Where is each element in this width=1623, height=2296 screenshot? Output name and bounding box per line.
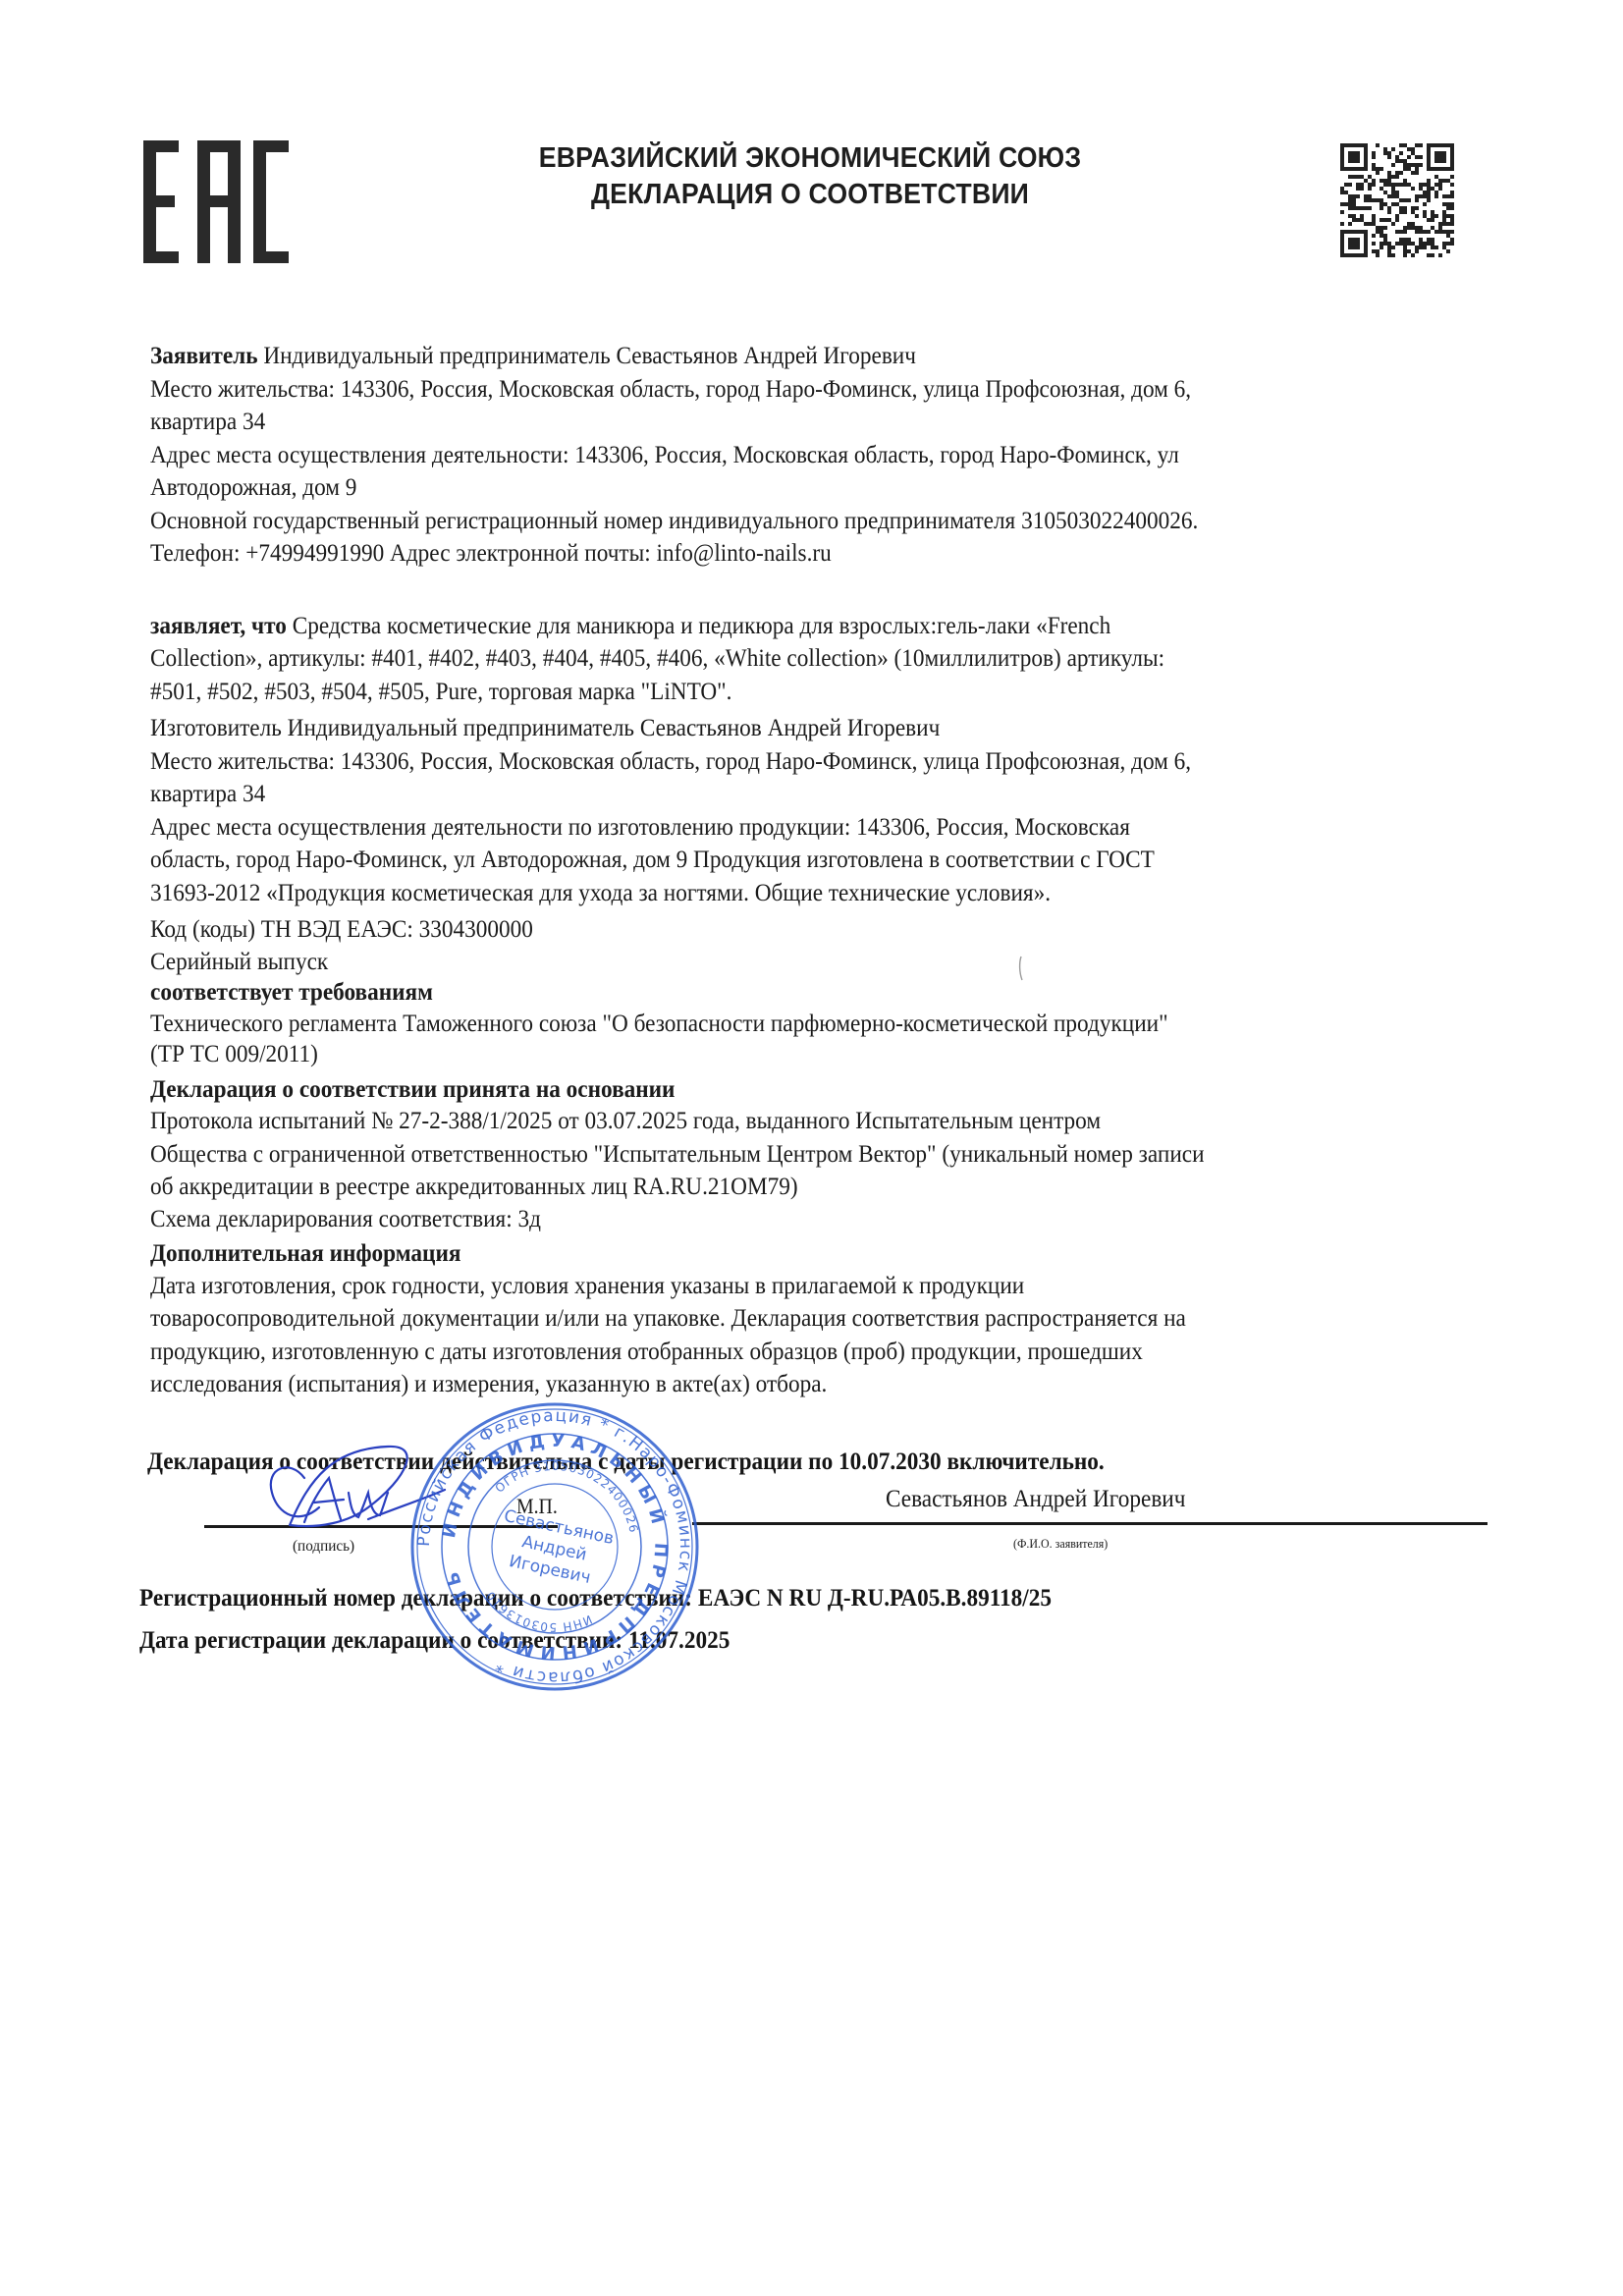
stamp-place-label: М.П.: [516, 1494, 558, 1519]
signer-name: Севастьянов Андрей Игоревич: [886, 1486, 1185, 1513]
svg-text:Андрей: Андрей: [520, 1532, 588, 1564]
product-trademark: #501, #502, #503, #504, #505, Pure, торг…: [150, 676, 1410, 709]
additional-heading: Дополнительная информация: [150, 1238, 1410, 1270]
release-type: Серийный выпуск: [150, 947, 1410, 978]
additional-line-2: товаросопроводительной документации и/ил…: [150, 1302, 1410, 1336]
document-title: ЕВРАЗИЙСКИЙ ЭКОНОМИЧЕСКИЙ СОЮЗ ДЕКЛАРАЦИ…: [363, 140, 1258, 213]
applicant-contacts: Телефон: +74994991990 Адрес электронной …: [150, 537, 1410, 571]
validity-statement: Декларация о соответствии действительна …: [147, 1449, 1105, 1476]
compliance-heading: соответствует требованиям: [150, 977, 1410, 1009]
additional-line-4: исследования (испытания) и измерения, ук…: [150, 1368, 1410, 1401]
basis-protocol: Протокола испытаний № 27-2-388/1/2025 от…: [150, 1105, 1410, 1138]
name-line: [692, 1522, 1488, 1525]
applicant-activity-address: Адрес места осуществления деятельности: …: [150, 439, 1410, 472]
declaration-page: ЕВРАЗИЙСКИЙ ЭКОНОМИЧЕСКИЙ СОЮЗ ДЕКЛАРАЦИ…: [0, 0, 1623, 2296]
declares-label: заявляет, что: [150, 613, 287, 639]
applicant-name: Индивидуальный предприниматель Севастьян…: [263, 343, 916, 369]
manufacturer-name: Изготовитель Индивидуальный предпринимат…: [150, 712, 1410, 745]
pen-mark-icon: [1017, 955, 1025, 982]
declaration-scheme: Схема декларирования соответствия: 3д: [150, 1204, 1410, 1235]
basis-accreditation: об аккредитации в реестре аккредитованны…: [150, 1171, 1410, 1204]
basis-lab: Общества с ограниченной ответственностью…: [150, 1138, 1410, 1172]
eac-logo-icon: [143, 140, 291, 263]
manufacturer-production-address-cont: область, город Наро-Фоминск, ул Автодоро…: [150, 844, 1410, 877]
product-description: Средства косметические для маникюра и пе…: [293, 613, 1111, 639]
additional-line-3: продукцию, изготовленную с даты изготовл…: [150, 1336, 1410, 1369]
manufacturer-gost: 31693-2012 «Продукция косметическая для …: [150, 877, 1410, 910]
title-union: ЕВРАЗИЙСКИЙ ЭКОНОМИЧЕСКИЙ СОЮЗ: [363, 140, 1258, 177]
tn-ved-code: Код (коды) ТН ВЭД ЕАЭС: 3304300000: [150, 913, 1410, 947]
compliance-regulation-code: (ТР ТС 009/2011): [150, 1039, 1410, 1070]
declaration-body: Заявитель Индивидуальный предприниматель…: [150, 340, 1505, 1401]
signature-line: [204, 1525, 558, 1528]
applicant-residence: Место жительства: 143306, Россия, Москов…: [150, 373, 1410, 407]
signature-caption: (подпись): [293, 1538, 354, 1556]
applicant-activity-address-cont: Автодорожная, дом 9: [150, 471, 1410, 505]
applicant-label: Заявитель: [150, 343, 258, 369]
product-articles: Collection», артикулы: #401, #402, #403,…: [150, 642, 1410, 676]
applicant-line: Заявитель Индивидуальный предприниматель…: [150, 340, 1410, 373]
applicant-residence-cont: квартира 34: [150, 406, 1410, 439]
manufacturer-residence: Место жительства: 143306, Россия, Москов…: [150, 745, 1410, 779]
svg-text:Игоревич: Игоревич: [508, 1552, 593, 1588]
declares-line: заявляет, что Средства косметические для…: [150, 610, 1410, 643]
manufacturer-residence-cont: квартира 34: [150, 778, 1410, 811]
compliance-regulation: Технического регламента Таможенного союз…: [150, 1009, 1410, 1040]
title-declaration: ДЕКЛАРАЦИЯ О СООТВЕТСТВИИ: [363, 177, 1258, 213]
manufacturer-production-address: Адрес места осуществления деятельности п…: [150, 811, 1410, 845]
qr-code-icon[interactable]: [1340, 142, 1454, 258]
basis-heading: Декларация о соответствии принята на осн…: [150, 1074, 1410, 1106]
registration-number: Регистрационный номер декларации о соотв…: [139, 1585, 1052, 1613]
applicant-ogrnip: Основной государственный регистрационный…: [150, 505, 1410, 538]
additional-line-1: Дата изготовления, срок годности, услови…: [150, 1270, 1410, 1303]
registration-date: Дата регистрации декларации о соответств…: [139, 1627, 730, 1655]
name-caption: (Ф.И.О. заявителя): [1013, 1536, 1108, 1552]
